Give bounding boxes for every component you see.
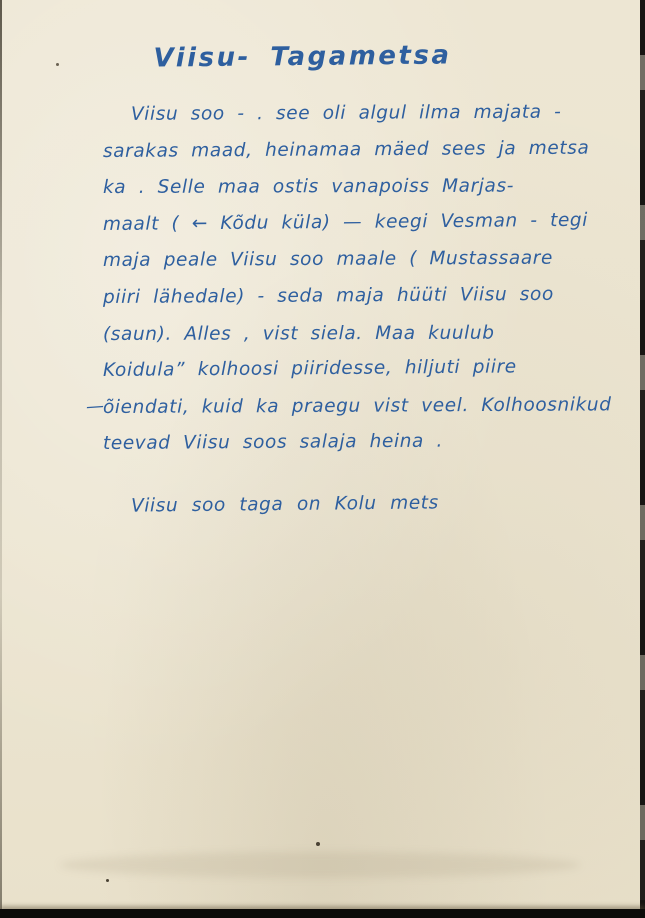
scanned-manuscript-page: Viisu- Tagametsa Viisu soo - . see oli a…: [0, 0, 645, 918]
paper-speck: [316, 842, 320, 846]
manuscript-line: Koidula” kolhoosi piiridesse, hiljuti pi…: [103, 356, 603, 397]
manuscript-line: piiri lähedale) - seda maja hüüti Viisu …: [103, 283, 603, 323]
scan-edge-bottom: [0, 909, 645, 918]
manuscript-line: maja peale Viisu soo maale ( Mustassaare: [103, 248, 603, 287]
paper-smudge: [60, 852, 580, 878]
paper-speck: [56, 63, 59, 66]
manuscript-line: maalt ( ← Kõdu küla) — keegi Vesman - te…: [103, 209, 603, 250]
manuscript-line: teevad Viisu soos salaja heina .: [103, 430, 603, 470]
manuscript-line: ka . Selle maa ostis vanapoiss Marjas-: [103, 175, 603, 213]
manuscript-line: sarakas maad, heinamaa mäed sees ja mets…: [103, 137, 603, 177]
page-title: Viisu- Tagametsa: [0, 39, 605, 75]
scan-edge-left: [0, 0, 2, 918]
closing-line: Viisu soo taga on Kolu mets: [131, 492, 439, 516]
manuscript-line: Viisu soo - . see oli algul ilma majata …: [103, 101, 603, 140]
manuscript-line: õiendati, kuid ka praegu vist veel. Kolh…: [103, 394, 603, 433]
paper-speck: [106, 879, 109, 882]
manuscript-line: (saun). Alles , vist siela. Maa kuulub: [103, 322, 603, 360]
manuscript-paragraph: Viisu soo - . see oli algul ilma majata …: [103, 104, 603, 470]
scan-edge-right: [640, 0, 645, 918]
margin-correction-dash: —: [85, 395, 105, 417]
